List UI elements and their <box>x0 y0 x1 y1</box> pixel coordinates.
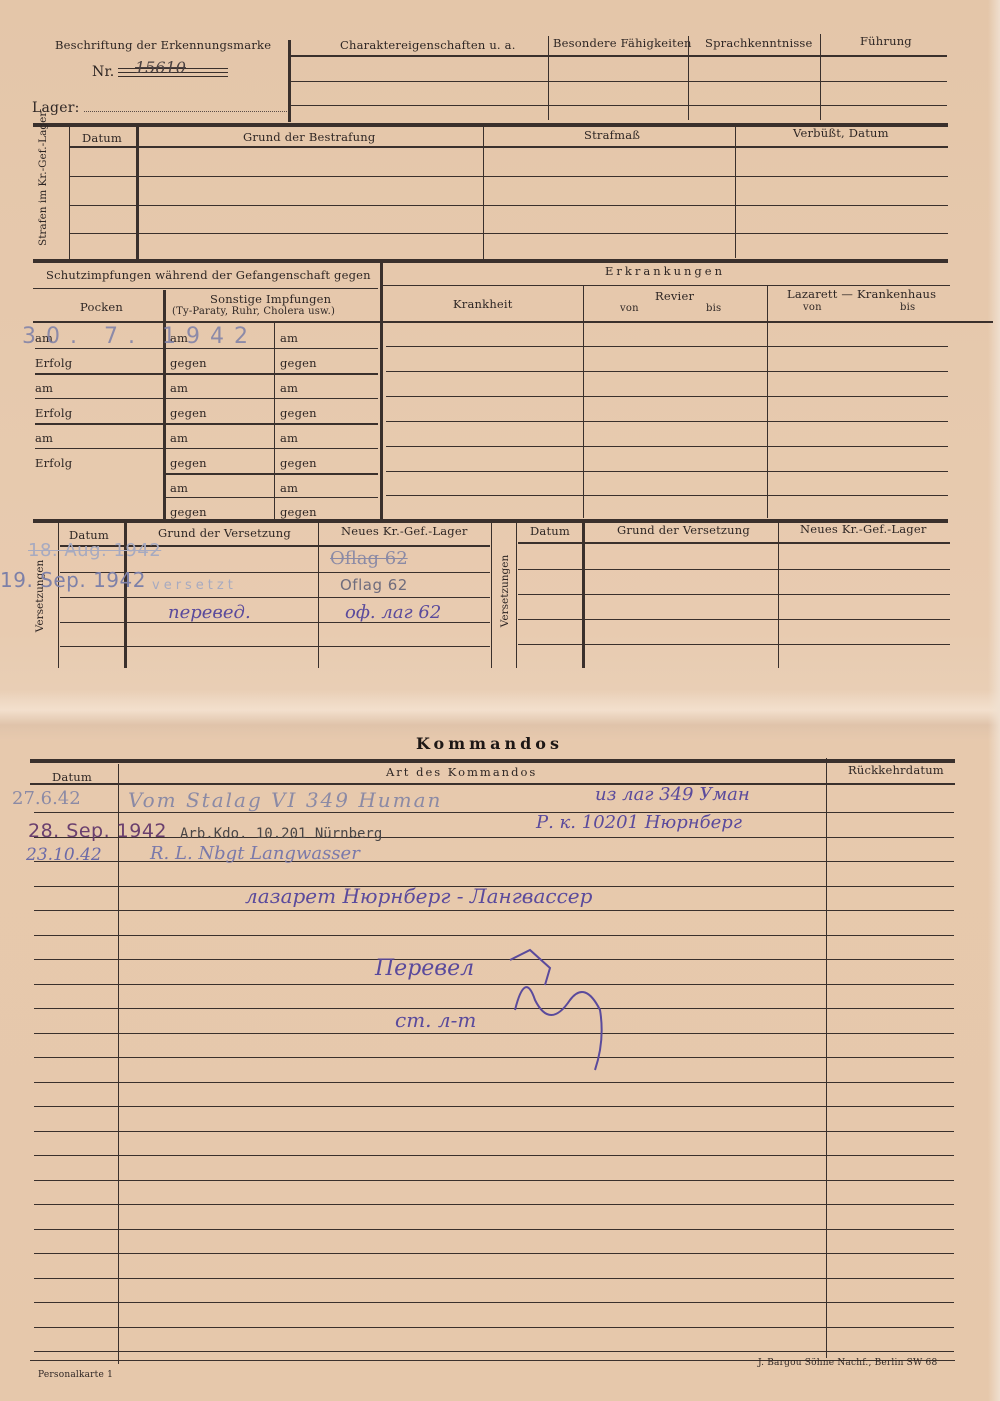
kommando-row-2-hand-ru: Р. к. 10201 Нюрнберг <box>536 812 742 833</box>
col-transfer-camp: Neues Kr.-Gef.-Lager <box>341 524 468 538</box>
kommando-row-2-date: 28. Sep. 1942 <box>28 820 167 842</box>
signature-scribble-icon <box>460 940 620 1080</box>
col-other-vaccines-sub: (Ty-Paraty, Ruhr, Cholera usw.) <box>172 306 335 317</box>
col-punish-date: Datum <box>82 131 122 145</box>
col-transfer-date-2: Datum <box>530 524 570 538</box>
col-revier: Revier <box>655 289 694 303</box>
kommando-row-3-text: R. L. Nbgt Langwasser <box>150 843 360 864</box>
punishments-side-label: Strafen im Kr.-Gef.-Lager <box>37 136 49 246</box>
col-other-vaccines: Sonstige Impfungen <box>210 292 331 306</box>
col-hospital-to: bis <box>900 302 915 313</box>
col-character: Charaktereigenschaften u. a. <box>340 38 516 52</box>
col-abilities: Besondere Fähigkeiten <box>553 36 692 50</box>
other-row-7a: am <box>170 481 188 495</box>
other-row-4a: gegen <box>170 406 207 420</box>
other-row-6b: gegen <box>280 456 317 470</box>
col-kommando-date: Datum <box>52 770 92 784</box>
kommando-note-hospital: лазарет Нюрнберг - Лангвассер <box>245 884 592 908</box>
other-row-5b: am <box>280 431 298 445</box>
pocken-row-6: Erfolg <box>35 456 72 470</box>
col-punish-reason: Grund der Bestrafung <box>243 130 375 144</box>
other-row-2a: gegen <box>170 356 207 370</box>
transfer-camp-struck: Oflag 62 <box>330 548 408 569</box>
other-row-8a: gegen <box>170 505 207 519</box>
pocken-row-4: Erfolg <box>35 406 72 420</box>
kommando-row-line <box>34 1278 954 1279</box>
kommando-row-line <box>34 1229 954 1230</box>
kommando-row-line <box>34 1204 954 1205</box>
col-revier-from: von <box>620 303 639 314</box>
kommando-row-line <box>34 1351 954 1352</box>
lager-field[interactable] <box>84 111 289 112</box>
nr-label: Nr. <box>92 64 114 80</box>
transfer-stamp-date: 19. Sep. 1942 <box>0 568 146 592</box>
col-punish-served: Verbüßt, Datum <box>793 126 889 140</box>
kommandos-title: Kommandos <box>416 734 563 753</box>
col-conduct: Führung <box>860 34 912 48</box>
nr-value[interactable]: 15610 <box>135 58 186 77</box>
id-tag-label: Beschriftung der Erkennungsmarke <box>55 38 271 52</box>
kommando-row-3-date: 23.10.42 <box>26 845 102 865</box>
illnesses-title: Erkrankungen <box>605 264 725 278</box>
kommando-row-1-hand-ru: из лаг 349 Уман <box>595 784 750 805</box>
kommando-row-line <box>34 1180 954 1181</box>
kommando-row-line <box>34 1302 954 1303</box>
col-hospital-from: von <box>803 302 822 313</box>
kommando-row-1-text: Vom Stalag VI 349 Human <box>128 788 442 812</box>
other-row-6a: gegen <box>170 456 207 470</box>
other-row-5a: am <box>170 431 188 445</box>
kommando-row-line <box>34 812 954 813</box>
other-row-1b: am <box>280 331 298 345</box>
other-row-4b: gegen <box>280 406 317 420</box>
pocken-row-2: Erfolg <box>35 356 72 370</box>
vaccination-title: Schutzimpfungen während der Gefangenscha… <box>46 268 371 282</box>
other-row-3a: am <box>170 381 188 395</box>
col-transfer-reason-2: Grund der Versetzung <box>617 523 750 537</box>
col-kommando-type: Art des Kommandos <box>386 765 537 779</box>
col-illness: Krankheit <box>453 297 513 311</box>
kommando-row-line <box>34 1106 954 1107</box>
other-row-2b: gegen <box>280 356 317 370</box>
form-name: Personalkarte 1 <box>38 1370 113 1380</box>
kommando-row-line <box>34 1253 954 1254</box>
kommando-row-line <box>34 935 954 936</box>
transfer-stamp-struck: 18. Aug. 1942 <box>28 540 161 561</box>
paper-fold <box>0 690 1000 740</box>
other-row-3b: am <box>280 381 298 395</box>
col-transfer-camp-2: Neues Kr.-Gef.-Lager <box>800 522 927 536</box>
transfer-reason-stamp: versetzt <box>152 578 237 593</box>
kommando-row-2-text: Arb.Kdo. 10.201 Nürnberg <box>180 826 382 842</box>
kommando-row-line <box>34 837 954 838</box>
kommando-row-1-date: 27.6.42 <box>12 788 81 809</box>
other-row-7b: am <box>280 481 298 495</box>
pocken-row-5: am <box>35 431 53 445</box>
col-revier-to: bis <box>706 303 721 314</box>
col-punish-measure: Strafmaß <box>584 128 640 142</box>
col-hospital: Lazarett — Krankenhaus <box>787 287 936 301</box>
col-transfer-reason: Grund der Versetzung <box>158 526 291 540</box>
printer-imprint: J. Bargou Söhne Nachf., Berlin SW 68 <box>758 1358 937 1368</box>
transfer-camp-stamp: Oflag 62 <box>340 576 408 594</box>
vaccination-date-stamp: 30. 7. 1942 <box>22 324 258 349</box>
transfer-reason-handwritten: перевед. <box>168 602 251 623</box>
col-pocken: Pocken <box>80 300 123 314</box>
col-languages: Sprachkenntnisse <box>705 36 813 50</box>
kommando-row-line <box>34 1155 954 1156</box>
kommando-row-line <box>34 1082 954 1083</box>
kommando-row-line <box>34 910 954 911</box>
other-row-8b: gegen <box>280 505 317 519</box>
kommando-row-line <box>34 1131 954 1132</box>
kommando-row-line <box>34 1327 954 1328</box>
transfer-camp-handwritten: оф. лаг 62 <box>345 602 441 623</box>
paper-edge <box>988 0 1000 1401</box>
pocken-row-3: am <box>35 381 53 395</box>
col-return-date: Rückkehrdatum <box>848 763 944 777</box>
transfers-side-label-2: Versetzungen <box>499 551 511 631</box>
